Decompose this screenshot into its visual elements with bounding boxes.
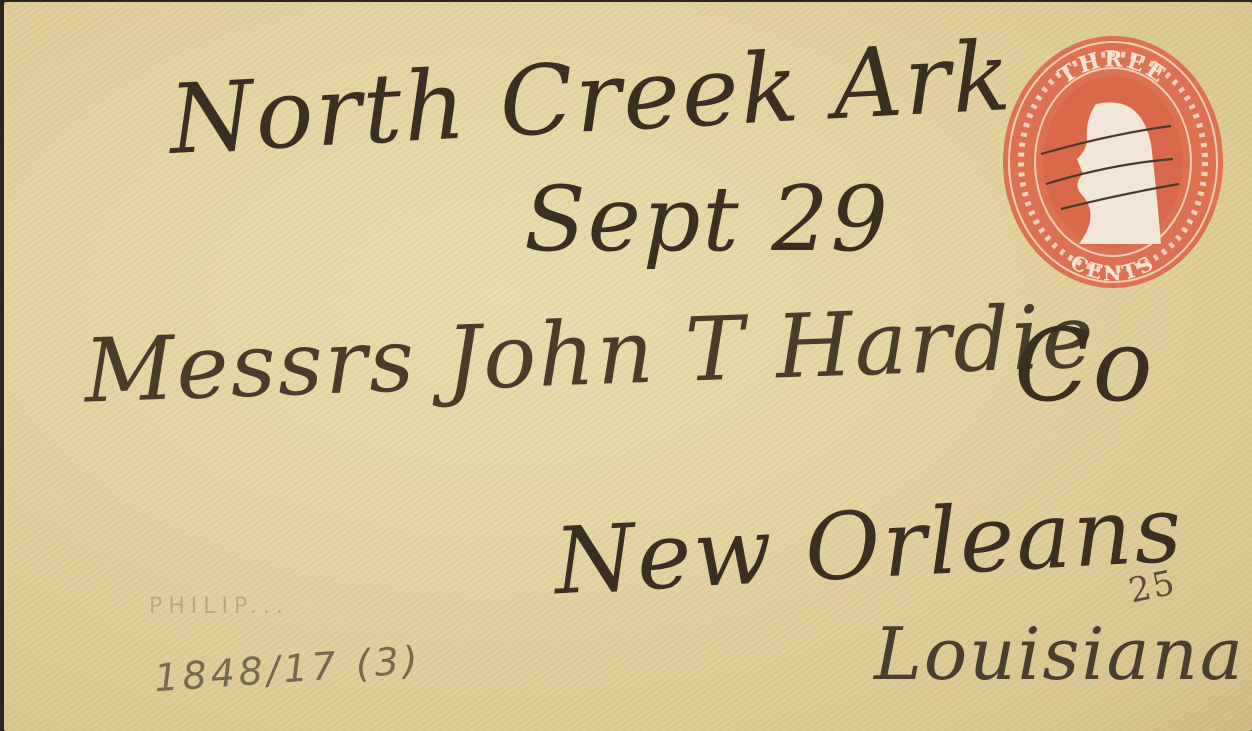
addressee-company-suffix: Co bbox=[1014, 307, 1155, 424]
embossed-stamp: THREE CENTS bbox=[1001, 34, 1225, 290]
envelope: North Creek Ark Sept 29 Messrs John T Ha… bbox=[4, 2, 1252, 731]
date-postmark: Sept 29 bbox=[524, 167, 890, 272]
pencil-note-faint: PHILIP... bbox=[149, 594, 289, 619]
address-state: Louisiana bbox=[874, 612, 1245, 696]
